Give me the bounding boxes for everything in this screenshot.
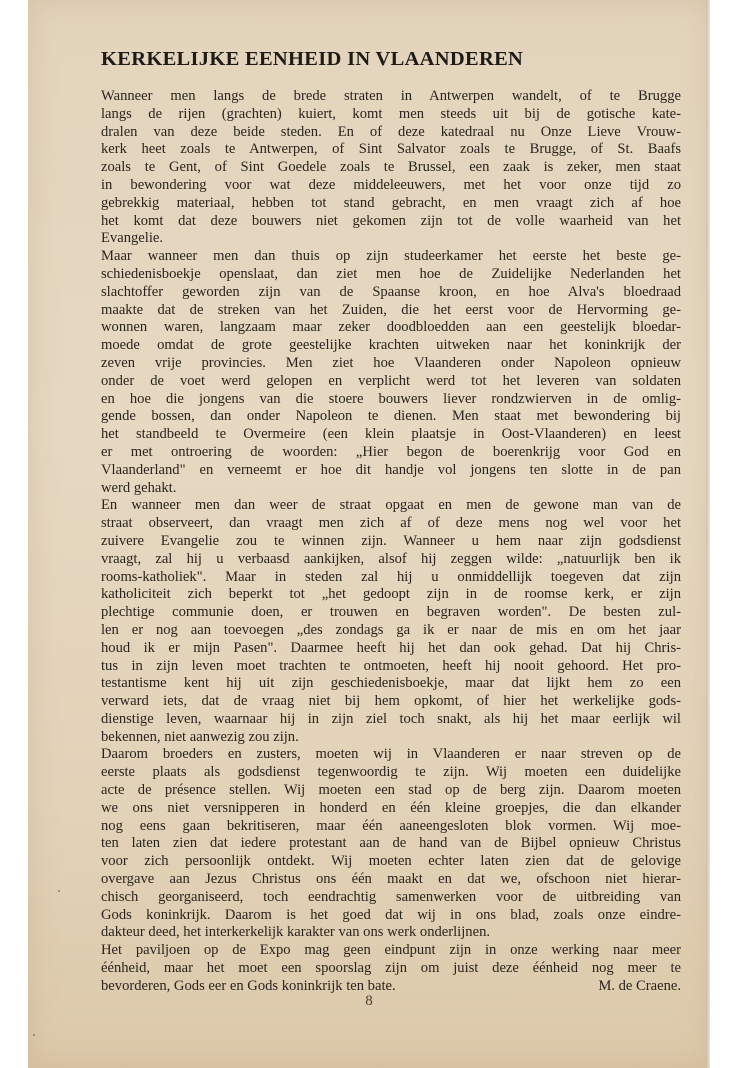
text-line: slachtoffer geworden zijn van de Spaanse… bbox=[101, 284, 681, 302]
text-line: en hoe die jongens van die stoere bouwer… bbox=[101, 391, 681, 409]
text-line: wonnen waren, langzaam maar zeker doodbl… bbox=[101, 319, 681, 337]
text-line: kerk heet zoals te Antwerpen, of Sint Sa… bbox=[101, 141, 681, 159]
text-line: Vlaanderland" en verneemt er hoe dit han… bbox=[101, 462, 681, 480]
text-line: len er nog aan toevoegen „des zondags ga… bbox=[101, 622, 681, 640]
scan-speck bbox=[58, 890, 60, 892]
text-line: bekennen, niet aanwezig zou zijn. bbox=[101, 729, 681, 747]
text-line: werd gehakt. bbox=[101, 480, 681, 498]
text-line: zeven vrije provincies. Men ziet hoe Vla… bbox=[101, 355, 681, 373]
text-line: het komt dat deze bouwers niet gekomen z… bbox=[101, 213, 681, 231]
text-line: katholiciteit zich beperkt tot „het gedo… bbox=[101, 586, 681, 604]
scan-speck bbox=[33, 1034, 35, 1036]
text-line: overgave aan Jezus Christus ons één maak… bbox=[101, 871, 681, 889]
text-line: schiedenisboekje openslaat, dan ziet men… bbox=[101, 266, 681, 284]
text-line: gebrekkig materiaal, hebben tot stand ge… bbox=[101, 195, 681, 213]
text-line: tus in zijn leven moet trachten te ontmo… bbox=[101, 658, 681, 676]
text-line: nog eens gaan bekritiseren, maar één aan… bbox=[101, 818, 681, 836]
text-line: éénheid, maar het moet een spoorslag zij… bbox=[101, 960, 681, 978]
text-line: gende bossen, dan onder Napoleon te dien… bbox=[101, 408, 681, 426]
text-line: Daarom broeders en zusters, moeten wij i… bbox=[101, 746, 681, 764]
text-line: Evangelie. bbox=[101, 230, 681, 248]
text-line: maakte dat de streken van het Zuiden, di… bbox=[101, 302, 681, 320]
text-line: dienstige leven, waarnaar hij in zijn zi… bbox=[101, 711, 681, 729]
text-line: chisch georganiseerd, toch eendrachtig s… bbox=[101, 889, 681, 907]
text-line: het standbeeld te Overmeire (een klein p… bbox=[101, 426, 681, 444]
scanned-page: KERKELIJKE EENHEID IN VLAANDEREN Wanneer… bbox=[28, 0, 710, 1068]
text-line: moede omdat de grote geestelijke krachte… bbox=[101, 337, 681, 355]
text-line: straat observeert, dan vraagt men zich a… bbox=[101, 515, 681, 533]
text-line: houd ik er mijn Pasen". Daarmee heeft hi… bbox=[101, 640, 681, 658]
text-line: in bewondering voor wat deze middeleeuwe… bbox=[101, 177, 681, 195]
text-line: zoals te Gent, of Sint Goedele zoals te … bbox=[101, 159, 681, 177]
text-line: testantisme kent hij uit zijn geschieden… bbox=[101, 675, 681, 693]
text-line: Maar wanneer men dan thuis op zijn stude… bbox=[101, 248, 681, 266]
text-line: er met ontroering de woorden: „Hier bego… bbox=[101, 444, 681, 462]
page-number: 8 bbox=[28, 993, 710, 1010]
article-body: Wanneer men langs de brede straten in An… bbox=[101, 88, 681, 996]
text-line: plechtige communie doen, er trouwen en b… bbox=[101, 604, 681, 622]
text-line: dakteur deed, het interkerkelijk karakte… bbox=[101, 924, 681, 942]
text-line: verward iets, dat de vraag niet bij hem … bbox=[101, 693, 681, 711]
text-line: Wanneer men langs de brede straten in An… bbox=[101, 88, 681, 106]
text-line: zuivere Evangelie zou te winnen zijn. Wa… bbox=[101, 533, 681, 551]
text-line: eerste plaats als godsdienst tegenwoordi… bbox=[101, 764, 681, 782]
text-line: langs de rijen (grachten) kuiert, komt m… bbox=[101, 106, 681, 124]
text-line: Gods koninkrijk. Daarom is het goed dat … bbox=[101, 907, 681, 925]
text-line: dralen van deze beide steden. En of deze… bbox=[101, 124, 681, 142]
text-line: rooms-katholiek". Maar in steden zal hij… bbox=[101, 569, 681, 587]
text-line: Het paviljoen op de Expo mag geen eindpu… bbox=[101, 942, 681, 960]
text-line: onder de voet werd gelopen en verplicht … bbox=[101, 373, 681, 391]
article-title: KERKELIJKE EENHEID IN VLAANDEREN bbox=[101, 48, 661, 71]
text-line: acte de présence stellen. Wij moeten een… bbox=[101, 782, 681, 800]
text-line: ten laten zien dat iedere protestant aan… bbox=[101, 835, 681, 853]
text-line: vraagt, zal hij u verbaasd aankijken, al… bbox=[101, 551, 681, 569]
text-line: we ons niet versnipperen in honderd en é… bbox=[101, 800, 681, 818]
text-line: voor zich persoonlijk ontdekt. Wij moete… bbox=[101, 853, 681, 871]
text-line: En wanneer men dan weer de straat opgaat… bbox=[101, 497, 681, 515]
